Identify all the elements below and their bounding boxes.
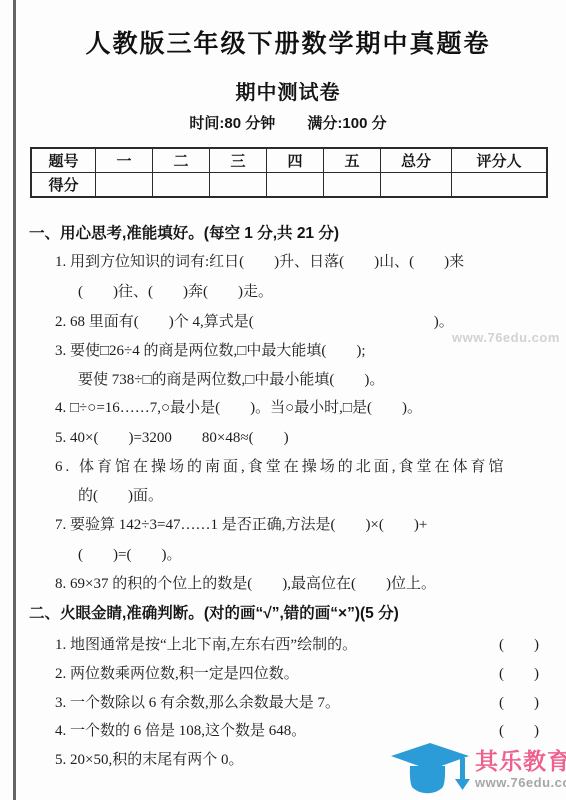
tf-answer-bracket: ( ) (499, 719, 539, 740)
brand-url: www.76edu.com (475, 776, 566, 790)
score-cell-empty (381, 173, 452, 198)
tf-question: 3. 一个数除以 6 有余数,那么余数最大是 7。 ( ) (55, 691, 539, 712)
score-cell-empty (210, 173, 267, 198)
paper-title: 人教版三年级下册数学期中真题卷 (20, 24, 556, 60)
question-line: 1. 用到方位知识的词有:红日( )升、日落( )山、( )来 (55, 250, 464, 271)
header-cell-2: 二 (153, 148, 210, 173)
tf-question-text: 4. 一个数的 6 倍是 108,这个数是 648。 (55, 719, 306, 740)
tf-question-text: 1. 地图通常是按“上北下南,左东右西”绘制的。 (55, 633, 357, 654)
section-1-heading: 一、用心思考,准能填好。(每空 1 分,共 21 分) (29, 221, 339, 243)
score-table-score-row: 得分 (31, 173, 547, 198)
score-cell-empty (153, 173, 210, 198)
brand-logo: 其乐教育 www.76edu.com (383, 739, 566, 800)
question-line: ( )往、( )奔( )走。 (78, 280, 273, 301)
header-cell-1: 一 (96, 148, 153, 173)
score-table-header-row: 题号 一 二 三 四 五 总分 评分人 (31, 148, 547, 173)
tf-question-text: 3. 一个数除以 6 有余数,那么余数最大是 7。 (55, 691, 340, 712)
question-line: 的( )面。 (78, 484, 163, 505)
exam-info-line: 时间:80 分钟 满分:100 分 (20, 112, 556, 133)
header-cell-5: 五 (324, 148, 381, 173)
question-line: 要使 738÷□的商是两位数,□中最小能填( )。 (78, 368, 384, 389)
paper-subtitle: 期中测试卷 (20, 76, 556, 105)
question-line: 2. 68 里面有( )个 4,算式是( )。 (55, 310, 454, 331)
tf-question: 4. 一个数的 6 倍是 108,这个数是 648。 ( ) (55, 719, 539, 740)
section-2-heading-main: 二、火眼金睛,准确判断。 (29, 605, 204, 622)
tf-answer-bracket: ( ) (499, 691, 539, 712)
graduation-cap-icon (389, 743, 471, 797)
score-cell-empty (324, 173, 381, 198)
score-cell-empty (267, 173, 324, 198)
section-2-heading: 二、火眼金睛,准确判断。(对的画“√”,错的画“×”)(5 分) (29, 601, 399, 623)
tf-question-text: 5. 20×50,积的末尾有两个 0。 (55, 748, 243, 769)
header-cell-total: 总分 (381, 148, 452, 173)
question-line: 5. 40×( )=3200 80×48≈( ) (55, 426, 289, 447)
tf-answer-bracket: ( ) (499, 662, 539, 683)
header-cell-tihao: 题号 (31, 148, 96, 173)
question-line: 6. 体育馆在操场的南面,食堂在操场的北面,食堂在体育馆 (55, 455, 507, 476)
tf-question: 1. 地图通常是按“上北下南,左东右西”绘制的。 ( ) (55, 633, 539, 654)
question-line: 8. 69×37 的积的个位上的数是( ),最高位在( )位上。 (55, 572, 436, 593)
page-watermark: www.76edu.com (452, 330, 560, 345)
question-line: 3. 要使□26÷4 的商是两位数,□中最大能填( ); (55, 339, 366, 360)
header-cell-grader: 评分人 (452, 148, 548, 173)
question-line: ( )=( )。 (78, 543, 181, 564)
score-row-label: 得分 (31, 173, 96, 198)
tf-answer-bracket: ( ) (499, 633, 539, 654)
score-cell-empty (96, 173, 153, 198)
tf-question: 2. 两位数乘两位数,积一定是四位数。 ( ) (55, 662, 539, 683)
question-line: 4. □÷○=16……7,○最小是( )。当○最小时,□是( )。 (55, 396, 422, 417)
score-cell-empty (452, 173, 548, 198)
exam-paper: 人教版三年级下册数学期中真题卷 期中测试卷 时间:80 分钟 满分:100 分 … (0, 0, 566, 800)
section-2-heading-note: (对的画“√”,错的画“×”)(5 分) (204, 605, 399, 622)
brand-name: 其乐教育 (475, 749, 566, 774)
page-margin-rule (13, 0, 16, 800)
question-line: 7. 要验算 142÷3=47……1 是否正确,方法是( )×( )+ (55, 513, 427, 534)
exam-full-score: 满分:100 分 (307, 115, 386, 132)
score-table: 题号 一 二 三 四 五 总分 评分人 得分 (30, 147, 548, 198)
header-cell-4: 四 (267, 148, 324, 173)
exam-time: 时间:80 分钟 (189, 115, 275, 132)
brand-text-block: 其乐教育 www.76edu.com (475, 749, 566, 790)
tf-question-text: 2. 两位数乘两位数,积一定是四位数。 (55, 662, 299, 683)
header-cell-3: 三 (210, 148, 267, 173)
